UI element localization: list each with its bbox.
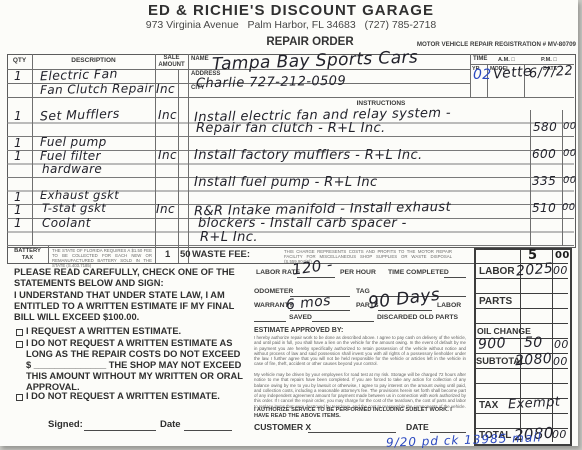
registration-number: MOTOR VEHICLE REPAIR REGISTRATION # MV-8… xyxy=(402,41,576,48)
col-line-sale-cents xyxy=(178,70,179,263)
hw-part-desc: Exhaust gskt xyxy=(40,190,119,202)
hw-qty: 1 xyxy=(14,110,22,122)
hw-part-desc: Set Mufflers xyxy=(40,108,120,123)
hw-customer-phone: Charlie 727-212-0509 xyxy=(196,75,346,91)
hw-qty: 1 xyxy=(14,204,22,216)
col-line-time xyxy=(470,54,471,97)
hw-part-desc: Fuel filter xyxy=(40,150,101,162)
customer-signature-line[interactable] xyxy=(308,432,396,433)
hw-qty: 1 xyxy=(14,191,22,203)
hw-amount-cents: 00 xyxy=(563,122,577,132)
battery-word2: TAX xyxy=(22,255,33,261)
authorize-statement: I AUTHORIZE SERVICE TO BE PERFORMED INCL… xyxy=(254,407,468,420)
business-address: 973 Virginia Avenue Palm Harbor, FL 3468… xyxy=(0,19,582,31)
row-line-city xyxy=(188,97,574,98)
saved-line[interactable] xyxy=(254,321,286,322)
hw-tax-exempt: Exempt xyxy=(508,396,561,412)
description-header: DESCRIPTION xyxy=(32,57,155,64)
instructions-header: INSTRUCTIONS xyxy=(188,100,574,107)
hw-instruction: Install fuel pump - R+L Inc xyxy=(194,176,378,189)
hw-part-desc: Fuel pump xyxy=(40,136,107,148)
row-line-left2 xyxy=(7,97,188,98)
qty-header: QTY xyxy=(7,57,32,64)
labor-total-label: LABOR xyxy=(479,266,515,277)
hw-total-cents: 00 xyxy=(552,429,567,440)
warranty-labor-label: LABOR xyxy=(437,302,461,309)
discarded-label: DISCARDED OLD PARTS xyxy=(377,314,458,321)
hw-oil-note: 900 xyxy=(478,336,507,351)
waste-fee-label: WASTE FEE: xyxy=(192,249,250,260)
no-estimate-checkbox[interactable] xyxy=(16,394,23,401)
hw-year: 02 xyxy=(473,68,492,82)
terms-paragraph-1: I hereby authorize repair work to be don… xyxy=(254,335,466,367)
hw-instruction: blockers - Install carb spacer - xyxy=(198,217,407,230)
hw-instruction: Install factory mufflers - R+L Inc. xyxy=(194,149,423,162)
parts-total-label: PARTS xyxy=(479,296,512,307)
terms-paragraph-2: My vehicle may be driven by your employe… xyxy=(254,372,466,409)
paper-sheet: ED & RICHIE'S DISCOUNT GARAGE 973 Virgin… xyxy=(0,0,578,446)
no-estimate-label: I DO NOT REQUEST A WRITTEN ESTIMATE. xyxy=(26,391,220,401)
hw-sale-inc: Inc xyxy=(156,83,175,95)
customer-date-label: DATE xyxy=(406,422,429,432)
saved-label: SAVED xyxy=(289,314,312,321)
request-estimate-label: I REQUEST A WRITTEN ESTIMATE. xyxy=(26,326,181,336)
hw-amount-cents: 00 xyxy=(563,149,577,159)
hw-amount: 600 xyxy=(532,148,556,160)
hw-labor-cents: 00 xyxy=(553,265,568,276)
no-estimate-limit-label: I DO NOT REQUEST A WRITTEN ESTIMATE AS L… xyxy=(26,338,248,393)
signed-line[interactable] xyxy=(84,430,156,431)
col-line-name xyxy=(188,54,189,263)
summary-row-line xyxy=(474,383,568,384)
hw-amount: 580 xyxy=(533,121,557,133)
hw-part-desc: Electric Fan xyxy=(40,68,118,83)
statements-heading: PLEASE READ CAREFULLY, CHECK ONE OF THE … xyxy=(14,267,244,288)
hw-amount-cents: 00 xyxy=(563,176,577,186)
sale-header-2: AMOUNT xyxy=(155,62,188,68)
statements-intro: I UNDERSTAND THAT UNDER STATE LAW, I AM … xyxy=(14,290,248,323)
hw-instruction: R+L Inc. xyxy=(200,231,258,244)
hw-waste-fee-cents: 00 xyxy=(555,251,570,261)
hw-part-desc: T-stat gskt xyxy=(42,203,106,215)
hw-subtotal: 2080 xyxy=(515,352,553,369)
hw-amount: 510 xyxy=(532,202,556,214)
col-line-battery xyxy=(48,246,49,263)
request-estimate-checkbox[interactable] xyxy=(16,329,23,336)
hw-sale-inc: Inc xyxy=(158,109,177,121)
scanned-repair-order: { "header": { "business_name": "ED & RIC… xyxy=(0,0,582,450)
hw-qty: 1 xyxy=(14,70,22,82)
hw-amount: 335 xyxy=(532,175,556,187)
summary-row-line xyxy=(474,413,568,414)
estimate-approved-label: ESTIMATE APPROVED BY: xyxy=(254,327,343,334)
hw-amount-cents: 00 xyxy=(562,203,576,213)
hw-qty: 1 xyxy=(14,217,22,229)
battery-tax-label: BATTERYTAX xyxy=(7,248,48,261)
summary-row-line xyxy=(474,323,568,324)
am-checkbox-label[interactable]: A.M. □ xyxy=(498,57,515,63)
summary-row-line xyxy=(474,293,568,294)
hw-waste-fee-dollars: 5 xyxy=(528,249,537,262)
hw-qty: 1 xyxy=(14,137,22,149)
hw-date: 6/7/22 xyxy=(529,64,574,80)
hw-part-desc: hardware xyxy=(42,163,102,175)
summary-row-line xyxy=(474,308,568,309)
col-line-amount xyxy=(530,110,531,246)
hw-labor-rate: 120 - xyxy=(291,257,334,278)
hw-part-desc: Coolant xyxy=(42,217,91,229)
hw-labor-total: 2025 xyxy=(515,261,553,278)
battery-word1: BATTERY xyxy=(14,248,41,254)
hw-sale-inc: Inc xyxy=(156,203,175,215)
per-hour-label: PER HOUR xyxy=(340,269,376,276)
hw-oil-change: 50 xyxy=(524,336,543,350)
battery-fee-dollars: 1 xyxy=(165,249,170,260)
hw-payment-note: 9/20 pd ck 13985 mail xyxy=(386,431,542,448)
hw-part-desc: Fan Clutch Repair xyxy=(40,82,154,96)
hw-oil-cents: 00 xyxy=(554,339,569,350)
hw-subtotal-cents: 00 xyxy=(553,356,568,367)
tax-label: TAX xyxy=(479,400,498,411)
battery-fine-print: THE STATE OF FLORIDA REQUIRES A $1.50 FE… xyxy=(52,248,152,268)
business-name: ED & RICHIE'S DISCOUNT GARAGE xyxy=(0,2,582,19)
time-completed-label: TIME COMPLETED xyxy=(388,269,449,276)
odometer-label: ODOMETER xyxy=(254,288,293,295)
no-estimate-limit-checkbox[interactable] xyxy=(16,341,23,348)
signed-date-label: Date xyxy=(160,419,181,430)
hw-qty: 1 xyxy=(14,150,22,162)
hw-sale-inc: Inc xyxy=(158,149,177,161)
name-label: NAME xyxy=(191,56,209,62)
signed-label: Signed: xyxy=(48,419,83,430)
hw-parts-warranty: 90 Days xyxy=(367,287,441,313)
customer-x-label: CUSTOMER X xyxy=(254,422,311,432)
hw-model: Vette xyxy=(492,64,532,81)
pm-checkbox-label[interactable]: P.M. □ xyxy=(541,57,557,63)
signed-date-line[interactable] xyxy=(184,430,232,431)
battery-fee-cents: 50 xyxy=(180,249,191,260)
discarded-line[interactable] xyxy=(312,321,374,322)
hw-instruction: Repair fan clutch - R+L Inc. xyxy=(196,122,386,135)
time-completed-line[interactable] xyxy=(444,277,466,278)
time-label: TIME xyxy=(473,56,487,62)
sale-header-1: SALE xyxy=(155,55,188,61)
